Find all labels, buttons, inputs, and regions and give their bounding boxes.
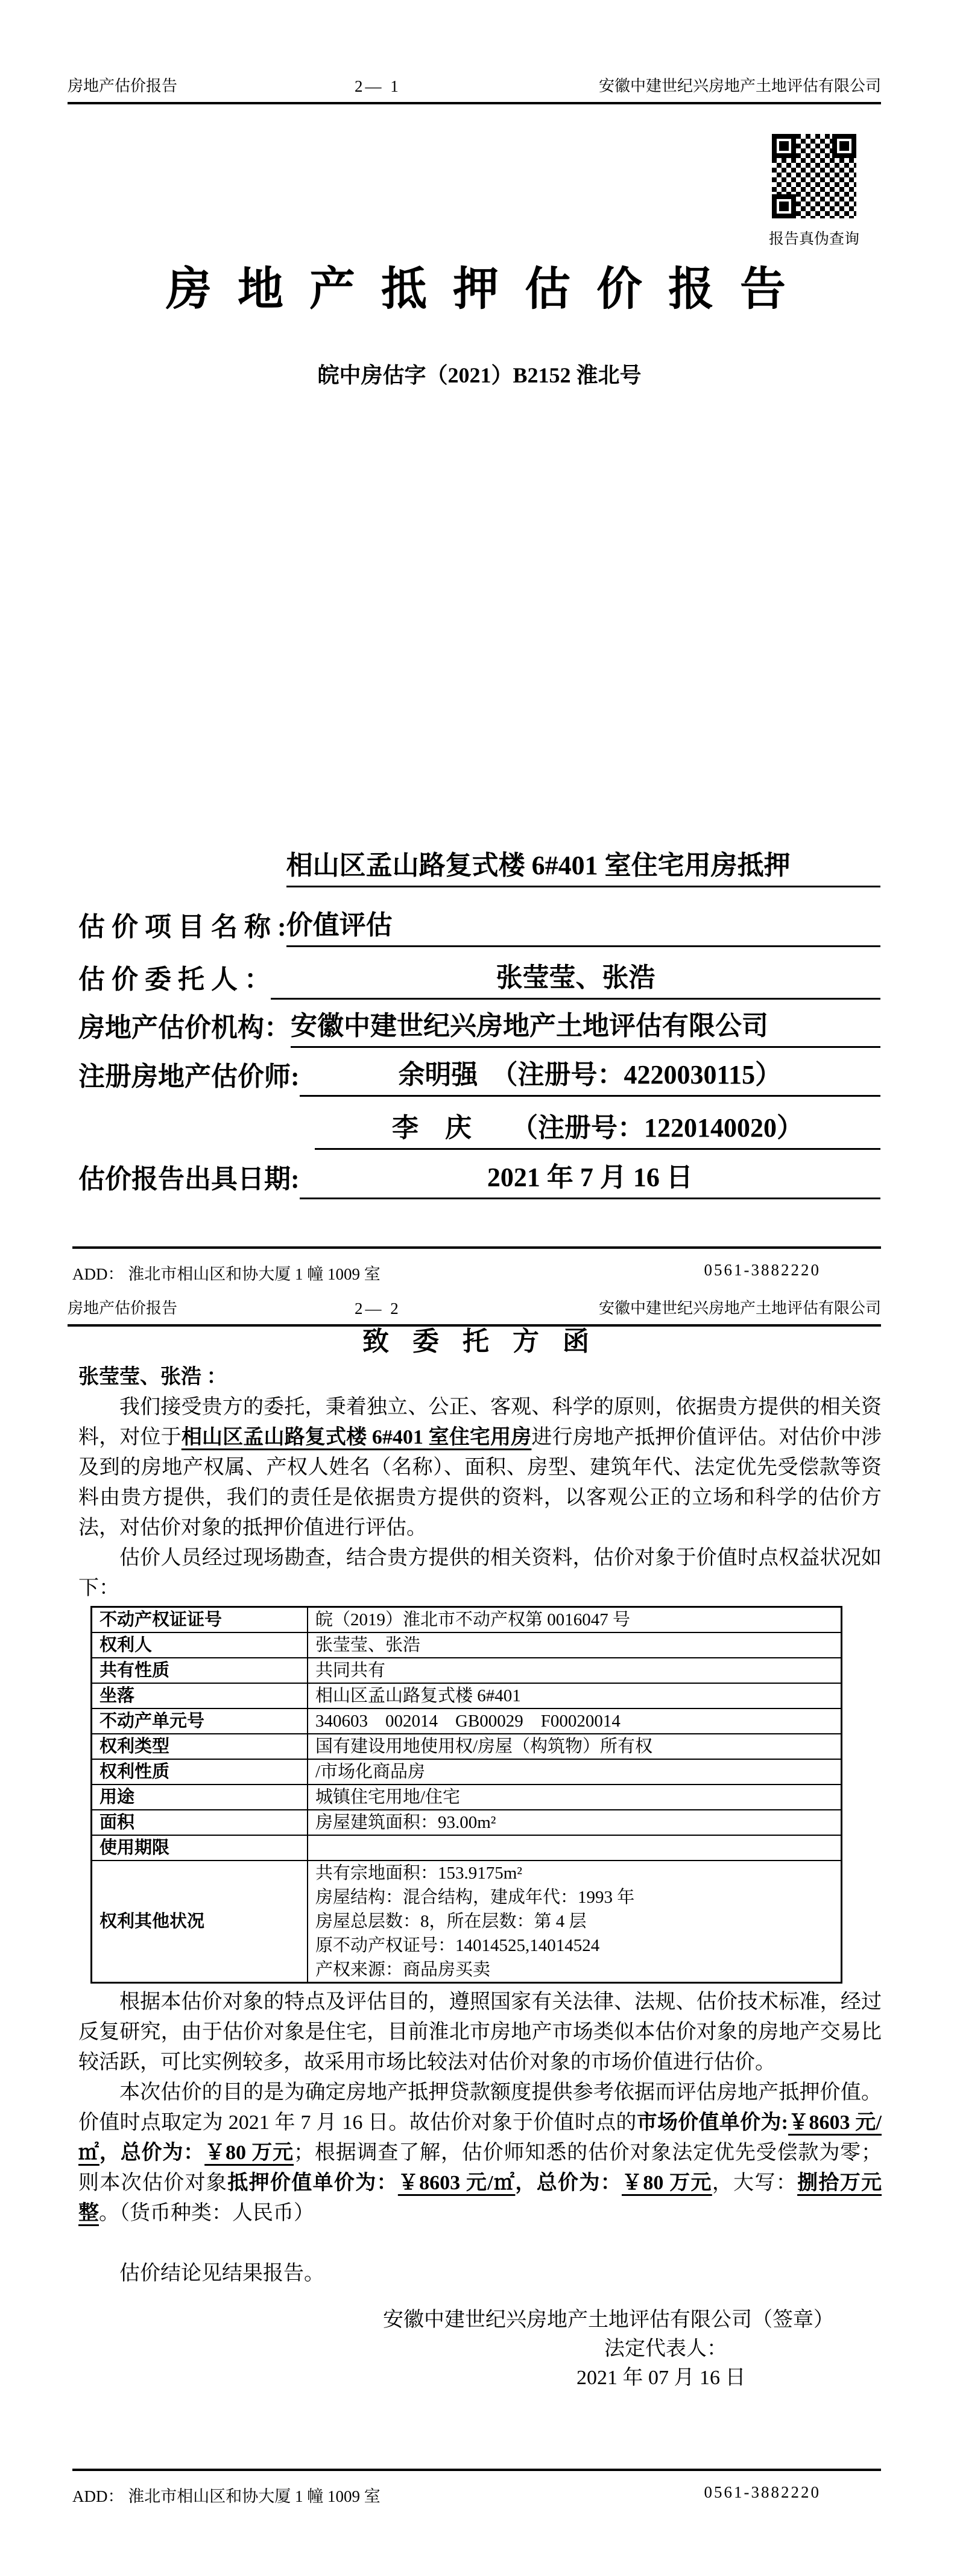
text-run: ，总价为：: [515, 2172, 622, 2194]
field-value: 余明强 （注册号：4220030115）: [300, 1053, 880, 1097]
table-row: 权利类型 国有建设用地使用权/房屋（构筑物）所有权: [92, 1734, 842, 1759]
qr-code-icon: [772, 134, 856, 218]
field-value: 相山区孟山路复式楼 6#401 室住宅用房抵押: [286, 843, 880, 887]
qr-finder-icon: [772, 134, 796, 158]
row-label: 坐落: [92, 1683, 308, 1708]
row-value-line: 共有宗地面积：153.9175m²: [315, 1861, 833, 1885]
table-row: 坐落 相山区孟山路复式楼 6#401: [92, 1683, 842, 1708]
text-run: 。（货币种类：人民币）: [99, 2202, 314, 2224]
table-row: 权利人 张莹莹、张浩: [92, 1632, 842, 1658]
row-value-line: 房屋结构：混合结构，建成年代：1993 年: [315, 1885, 833, 1909]
letter-paragraph-1: 我们接受贵方的委托，秉着独立、公正、客观、科学的原则，依据贵方提供的相关资料，对…: [78, 1392, 882, 1543]
header-page-number: 2— 2: [355, 1299, 401, 1318]
field-value: 李 庆 （注册号：1220140020）: [315, 1106, 880, 1150]
text-run-mortgage-unit-price: ￥8603 元/㎡: [398, 2172, 516, 2194]
table-row: 权利其他状况 共有宗地面积：153.9175m² 房屋结构：混合结构，建成年代：…: [92, 1861, 842, 1983]
field-registered-appraiser-2: 李 庆 （注册号：1220140020）: [78, 1106, 880, 1150]
row-value: 张莹莹、张浩: [315, 1635, 420, 1655]
field-label: 估价报告出具日期:: [78, 1157, 300, 1199]
letter-paragraph-4: 本次估价的目的是为确定房地产抵押贷款额度提供参考依据而评估房地产抵押价值。价值时…: [78, 2078, 882, 2229]
field-client: 估 价 委 托 人 ： 张莹莹、张浩: [78, 956, 880, 1000]
footer-phone: 0561-3882220: [704, 1261, 821, 1284]
field-value: 安徽中建世纪兴房地产土地评估有限公司: [291, 1004, 880, 1048]
letter-title: 致 委 托 方 函: [78, 1326, 882, 1357]
row-label: 不动产单元号: [92, 1708, 308, 1734]
header-page-number: 2— 1: [355, 77, 401, 96]
table-row: 使用期限: [92, 1835, 842, 1861]
row-value: 共同共有: [315, 1661, 385, 1680]
text-run: ，大写：: [712, 2172, 797, 2194]
row-label: 权利人: [92, 1632, 308, 1658]
letter-to-client: 致 委 托 方 函 张莹莹、张浩 ： 我们接受贵方的委托，秉着独立、公正、客观、…: [78, 1326, 882, 2393]
footer-phone: 0561-3882220: [704, 2483, 821, 2507]
footer-address: ADD： 淮北市相山区和协大厦 1 幢 1009 室: [72, 1261, 381, 1284]
header-company-name: 安徽中建世纪兴房地产土地评估有限公司: [599, 74, 881, 96]
row-label: 权利类型: [92, 1734, 308, 1759]
signature-date: 2021 年 07 月 16 日: [576, 2364, 882, 2393]
field-value-line2: 价值评估: [286, 903, 880, 947]
table-row: 不动产单元号 340603 002014 GB00029 F00020014: [92, 1708, 842, 1734]
table-row: 不动产权证证号 皖（2019）淮北市不动产权第 0016047 号: [92, 1607, 842, 1633]
report-title: 房 地 产 抵 押 估 价 报 告: [78, 252, 880, 318]
row-label: 权利其他状况: [92, 1861, 308, 1983]
row-value-line: 原不动产权证号：14014525,14014524: [315, 1934, 833, 1958]
row-value: /市场化商品房: [315, 1762, 425, 1781]
row-value: 城镇住宅用地/住宅: [315, 1788, 460, 1807]
page1-header: 房地产估价报告 2— 1 安徽中建世纪兴房地产土地评估有限公司: [68, 74, 881, 104]
row-value: 340603 002014 GB00029 F00020014: [315, 1712, 621, 1731]
field-label: [78, 1146, 315, 1150]
row-label: 权利性质: [92, 1759, 308, 1784]
row-label: 使用期限: [92, 1835, 308, 1861]
page2-header: 房地产估价报告 2— 2 安徽中建世纪兴房地产土地评估有限公司: [68, 1296, 881, 1327]
text-run: 市场价值单价为:: [637, 2111, 788, 2134]
row-label: 用途: [92, 1784, 308, 1810]
report-document: 房地产估价报告 2— 1 安徽中建世纪兴房地产土地评估有限公司 报告真伪查询 房…: [0, 0, 957, 2576]
letter-paragraph-3: 根据本估价对象的特点及评估目的，遵照国家有关法律、法规、估价技术标准，经过反复研…: [78, 1987, 882, 2078]
page2-footer: ADD： 淮北市相山区和协大厦 1 幢 1009 室 0561-3882220: [72, 2469, 881, 2507]
qr-finder-icon: [832, 134, 856, 158]
text-run-mortgage-total-price: ￥80 万元: [622, 2172, 712, 2194]
field-label: 房地产估价机构：: [78, 1006, 291, 1048]
field-report-issue-date: 估价报告出具日期: 2021 年 7 月 16 日: [78, 1155, 880, 1199]
row-value: 相山区孟山路复式楼 6#401: [315, 1686, 521, 1705]
text-run: 单价为：: [313, 2172, 398, 2194]
row-value-line: 房屋总层数：8，所在层数：第 4 层: [315, 1909, 833, 1934]
text-run-property-name: 相山区孟山路复式楼 6#401 室住宅用房: [182, 1426, 532, 1448]
text-run-total-price: ￥80 万元: [204, 2142, 294, 2164]
header-doc-type: 房地产估价报告: [68, 1296, 177, 1318]
table-row: 共有性质 共同共有: [92, 1658, 842, 1683]
page1-footer: ADD： 淮北市相山区和协大厦 1 幢 1009 室 0561-3882220: [72, 1246, 881, 1284]
row-value: 国有建设用地使用权/房屋（构筑物）所有权: [315, 1737, 652, 1756]
property-rights-table: 不动产权证证号 皖（2019）淮北市不动产权第 0016047 号 权利人 张莹…: [90, 1606, 842, 1984]
field-label: 估 价 委 托 人 ：: [78, 957, 271, 1000]
signature-company: 安徽中建世纪兴房地产土地评估有限公司（签章）: [383, 2306, 882, 2335]
signature-legal-representative: 法定代表人：: [604, 2335, 882, 2364]
field-value: 张莹莹、张浩: [271, 956, 880, 1000]
footer-address: ADD： 淮北市相山区和协大厦 1 幢 1009 室: [72, 2483, 381, 2507]
text-run: ，总价为：: [99, 2142, 204, 2164]
header-doc-type: 房地产估价报告: [68, 74, 177, 96]
field-project-name: 估 价 项 目 名 称 : 相山区孟山路复式楼 6#401 室住宅用房抵押 价值…: [78, 843, 880, 947]
report-verification-block: 报告真伪查询: [762, 134, 867, 249]
letter-conclusion-note: 估价结论见结果报告。: [78, 2259, 882, 2289]
table-row: 用途 城镇住宅用地/住宅: [92, 1784, 842, 1810]
text-run: 抵押价值: [227, 2172, 312, 2194]
letter-paragraph-2: 估价人员经过现场勘查，结合贵方提供的相关资料，估价对象于价值时点权益状况如下：: [78, 1543, 882, 1604]
row-value: 房屋建筑面积：93.00m²: [315, 1813, 496, 1832]
header-company-name: 安徽中建世纪兴房地产土地评估有限公司: [599, 1296, 881, 1318]
row-label: 不动产权证证号: [92, 1607, 308, 1633]
field-label: 注册房地产估价师:: [78, 1055, 300, 1097]
letter-salutation: 张莹莹、张浩 ：: [78, 1362, 882, 1392]
field-value: 2021 年 7 月 16 日: [300, 1155, 880, 1199]
report-doc-number: 皖中房估字（2021）B2152 淮北号: [78, 358, 880, 389]
field-appraisal-agency: 房地产估价机构： 安徽中建世纪兴房地产土地评估有限公司: [78, 1004, 880, 1048]
field-label: 估 价 项 目 名 称 :: [78, 905, 286, 947]
row-label: 面积: [92, 1810, 308, 1835]
field-registered-appraiser-1: 注册房地产估价师: 余明强 （注册号：4220030115）: [78, 1053, 880, 1097]
qr-caption: 报告真伪查询: [762, 227, 867, 249]
row-value-line: 产权来源：商品房买卖: [315, 1958, 833, 1982]
row-value: 皖（2019）淮北市不动产权第 0016047 号: [315, 1610, 630, 1629]
table-row: 权利性质 /市场化商品房: [92, 1759, 842, 1784]
row-label: 共有性质: [92, 1658, 308, 1683]
table-row: 面积 房屋建筑面积：93.00m²: [92, 1810, 842, 1835]
qr-finder-icon: [772, 194, 796, 218]
